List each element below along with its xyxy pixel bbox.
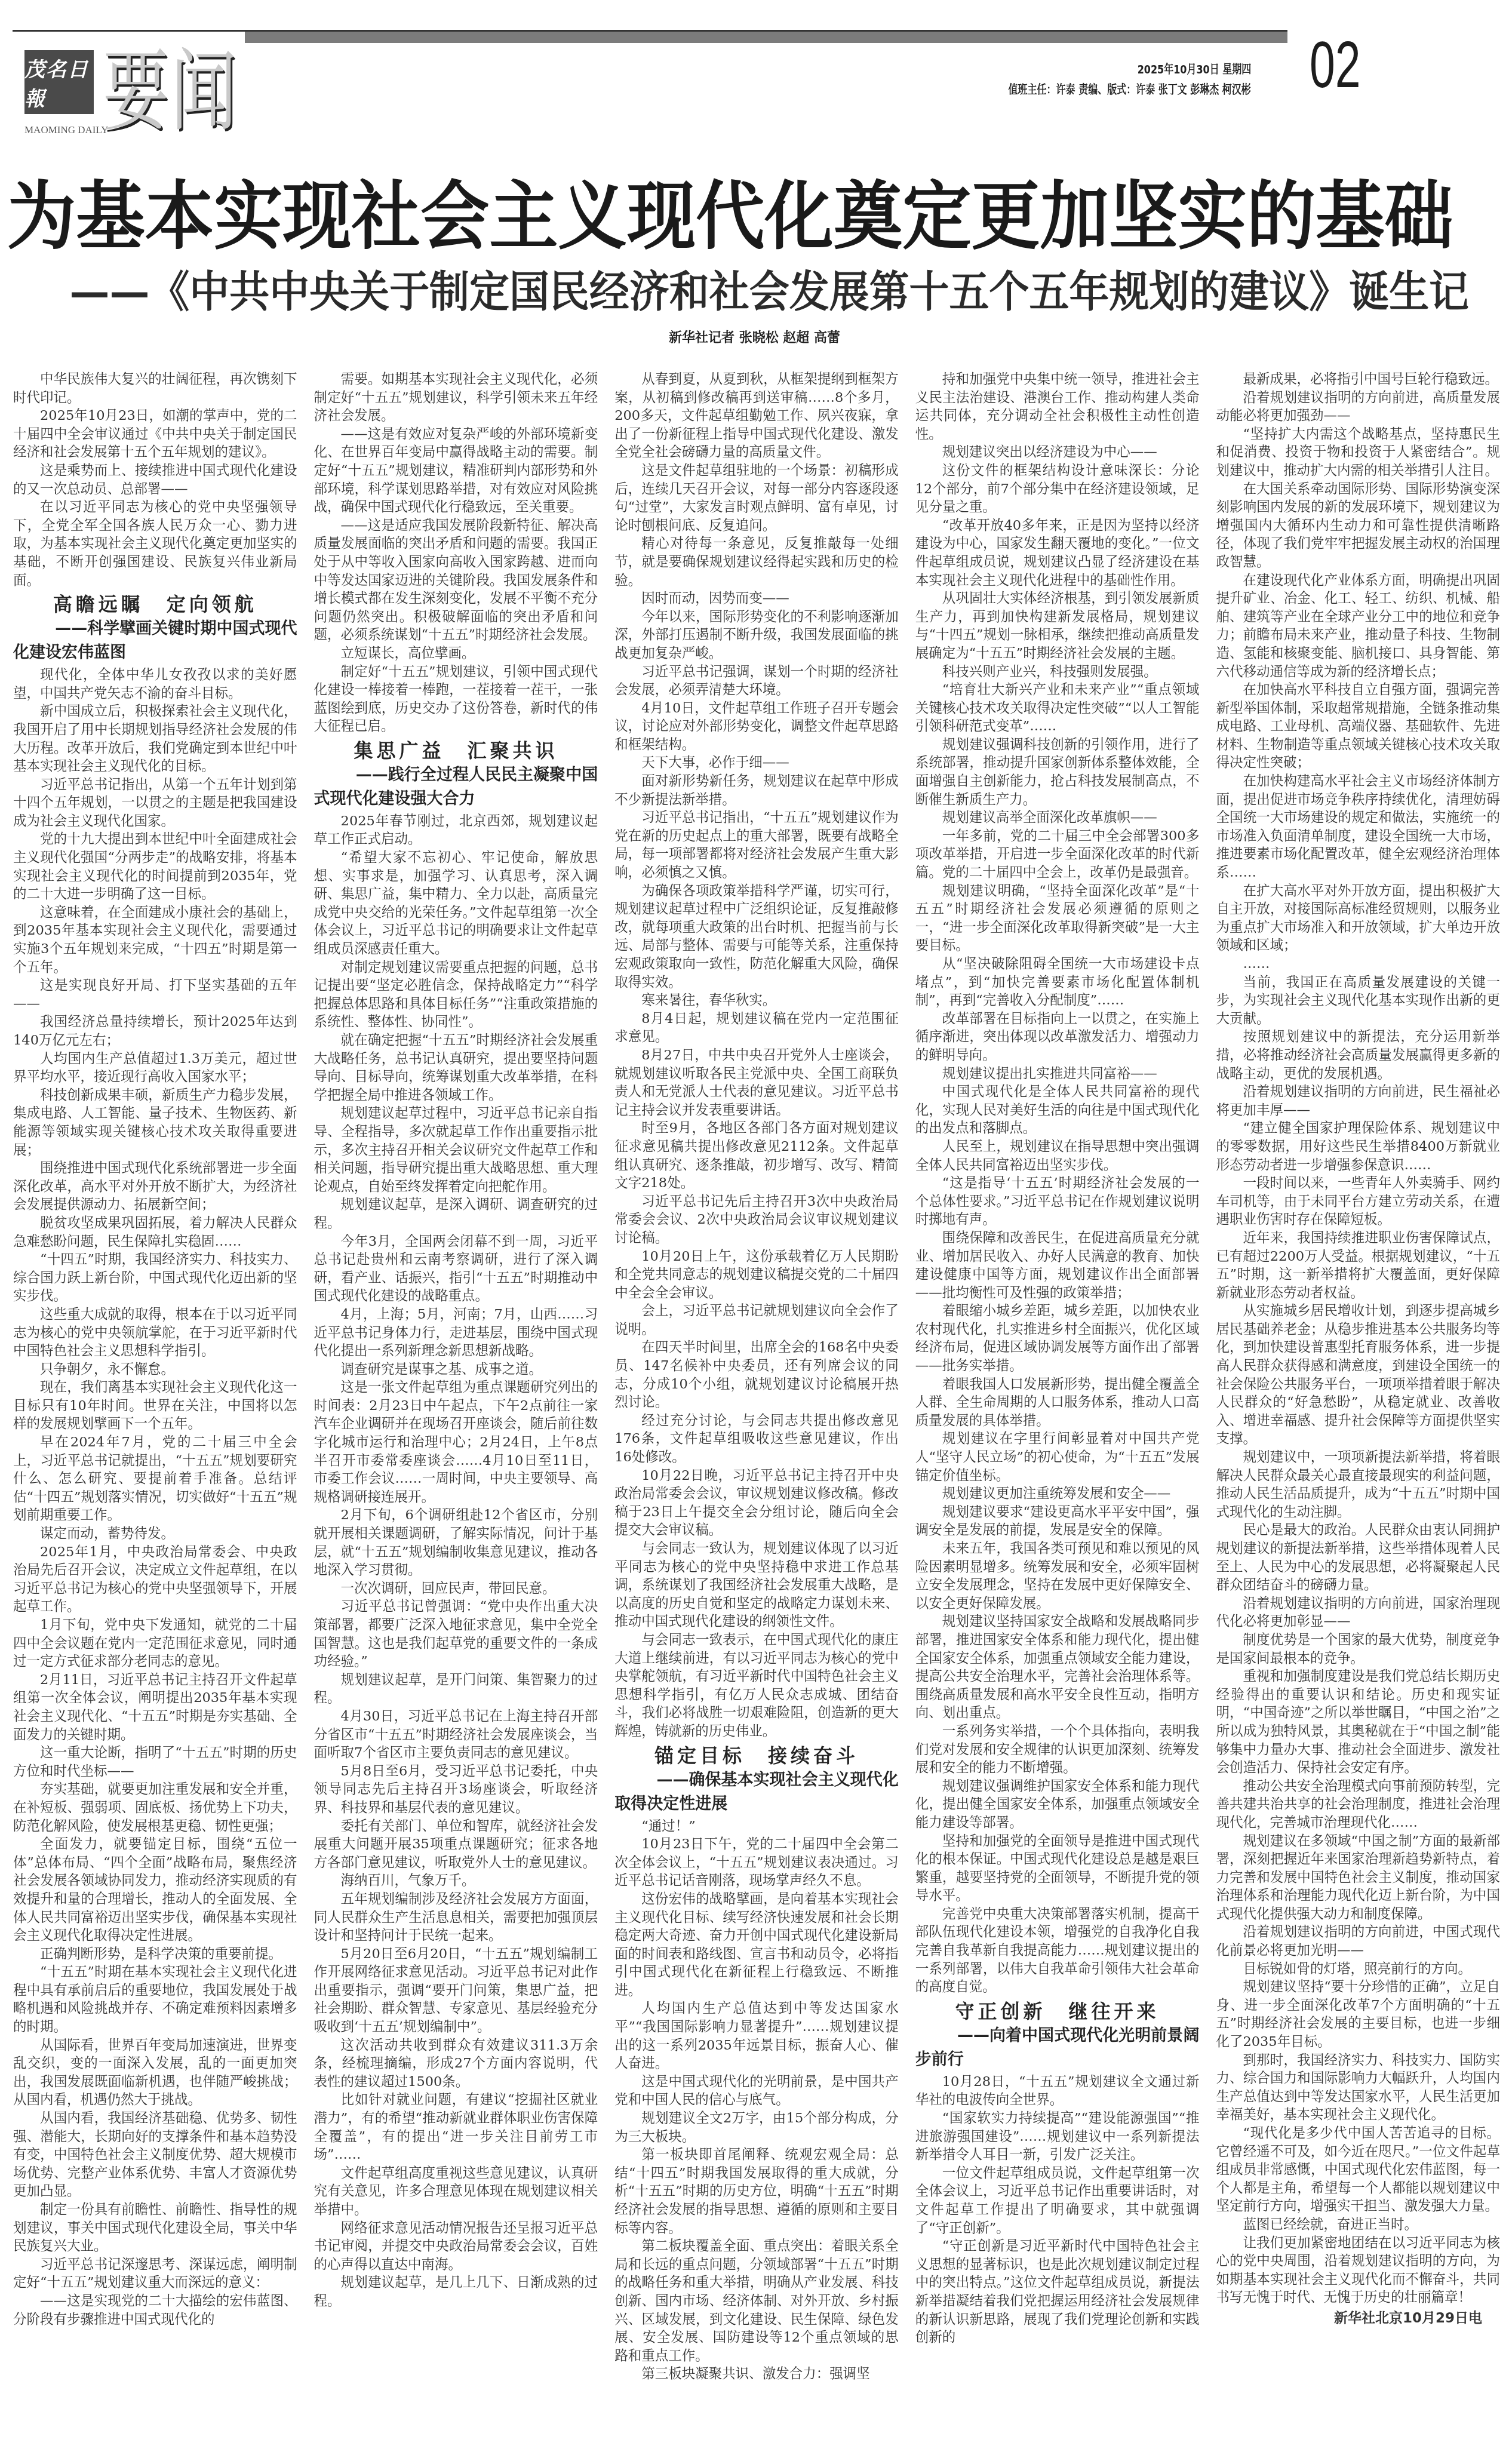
- paragraph: 科技创新成果丰硕，新质生产力稳步发展，集成电路、人工智能、量子技术、生物医药、新…: [13, 1086, 297, 1159]
- paragraph: 4月，上海；5月，河南；7月，山西……习近平总书记身体力行，走进基层，围绕中国式…: [314, 1305, 598, 1360]
- paragraph: 规划建议中，一项项新提法新举措，将着眼解决人民群众最关心最直接最现实的利益问题，…: [1216, 1448, 1500, 1521]
- paragraph: 一段时间以来，一些青年人外卖骑手、网约车司机等，由于未同平台方建立劳动关系，在遭…: [1216, 1174, 1500, 1229]
- paragraph: 党的十九大提出到本世纪中叶全面建成社会主义现代化强国“分两步走”的战略安排，将基…: [13, 830, 297, 903]
- paragraph: 与会同志一致表示，在中国式现代化的康庄大道上继续前进，有以习近平同志为核心的党中…: [614, 1631, 899, 1741]
- paragraph: 规划建议提出扎实推进共同富裕——: [915, 1065, 1200, 1083]
- paragraph: 按照规划建议中的新提法，充分运用新举措，必将推动经济社会高质量发展赢得更多新的战…: [1216, 1028, 1500, 1083]
- issue-date: 2025年10月30日 星期四: [1137, 60, 1251, 77]
- paragraph: 民心是最大的政治。人民群众由衷认同拥护规划建议的新提法新举措，这些举措体现着人民…: [1216, 1521, 1500, 1594]
- paragraph: ……: [1216, 955, 1500, 973]
- paragraph: 10月20日上午，这份承载着亿万人民期盼和全党共同意志的规划建议稿提交党的二十届…: [614, 1248, 899, 1302]
- paragraph: 从实施城乡居民增收计划，到逐步提高城乡居民基础养老金；从稳步推进基本公共服务均等…: [1216, 1302, 1500, 1448]
- paragraph: 第一板块即首尾阐释、统观宏观全局：总结“十四五”时期我国发展取得的重大成就，分析…: [614, 2146, 899, 2237]
- paragraph: 人民至上，规划建议在指导思想中突出强调全体人民共同富裕迈出坚实步伐。: [915, 1138, 1200, 1174]
- paragraph: 围绕保障和改善民生，在促进高质量充分就业、增加居民收入、办好人民满意的教育、加快…: [915, 1229, 1200, 1302]
- paragraph: 五年规划编制涉及经济社会发展方方面面，同人民群众生产生活息息相关，需要把加强顶层…: [314, 1890, 598, 1945]
- paragraph: 寒来暑往，春华秋实。: [614, 991, 899, 1010]
- logo-en-text: MAOMING DAILY: [24, 124, 94, 136]
- paragraph: 8月27日，中共中央召开党外人士座谈会，就规划建议听取各民主党派中央、全国工商联…: [614, 1046, 899, 1119]
- paragraph: 为确保各项政策举措科学严谨，切实可行，规划建议起草过程中广泛组织论证，反复推敲修…: [614, 882, 899, 992]
- section-subheading-tagline: ——科学擘画关键时期中国式现代化建设宏伟蓝图: [13, 617, 297, 665]
- article-dateline: 新华社北京10月29日电: [1216, 2309, 1500, 2328]
- paragraph: 脱贫攻坚成果巩固拓展，着力解决人民群众急难愁盼问题，民生保障扎实稳固……: [13, 1214, 297, 1251]
- section-subheading: 高瞻远瞩 定向领航: [13, 592, 297, 617]
- paragraph: 第三板块凝聚共识、激发合力：强调坚: [614, 2365, 899, 2383]
- paragraph: 第二板块覆盖全面、重点突出：着眼关系全局和长远的重点问题，分领域部署“十五五”时…: [614, 2237, 899, 2365]
- paragraph: 海纳百川，气象万千。: [314, 1872, 598, 1890]
- paragraph: 从“坚决破除阻碍全国统一大市场建设卡点堵点”，到“加快完善要素市场化配置体制机制…: [915, 955, 1200, 1010]
- paragraph: 对制定规划建议需要重点把握的问题，总书记提出要“坚定必胜信念，保持战略定力”“科…: [314, 958, 598, 1031]
- paragraph: 一位文件起草组成员说，文件起草组第一次全体会议上，习近平总书记作出重要讲话时，对…: [915, 2164, 1200, 2237]
- paragraph: 精心对待每一条意见，反复推敲每一处细节，就是要确保规划建议经得起实践和历史的检验…: [614, 534, 899, 589]
- paragraph: 蓝图已经绘就，奋进正当时。: [1216, 2216, 1500, 2234]
- paragraph: 习近平总书记曾强调：“党中央作出重大决策部署，都要广泛深入地征求意见，集中全党全…: [314, 1597, 598, 1670]
- section-subheading: 集思广益 汇聚共识: [314, 738, 598, 763]
- paragraph: 习近平总书记指出，“十五五”规划建议作为党在新的历史起点上的重大部署，既要有战略…: [614, 809, 899, 881]
- paragraph: 就在确定把握“十五五”时期经济社会发展重大战略任务，总书记认真研究，提出要坚持问…: [314, 1031, 598, 1104]
- paragraph: 一年多前，党的二十届三中全会部署300多项改革举措，开启进一步全面深化改革的时代…: [915, 827, 1200, 882]
- paragraph: 只争朝夕，永不懈怠。: [13, 1360, 297, 1379]
- article-column-5: 最新成果，必将指引中国号巨轮行稳致远。沿着规划建议指明的方向前进，高质量发展动能…: [1216, 370, 1500, 2443]
- paragraph: 规划建议在字里行间彰显着对中国共产党人“坚守人民立场”的初心使命，为“十五五”发…: [915, 1430, 1200, 1485]
- paragraph: 沿着规划建议指明的方向前进，国家治理现代化必将更加彰显——: [1216, 1594, 1500, 1631]
- newspaper-logo: 茂名日報: [24, 50, 94, 114]
- paragraph: 今年以来，国际形势变化的不利影响逐渐加深，外部打压遏制不断升级，我国发展面临的挑…: [614, 608, 899, 663]
- page-number: 02: [1310, 32, 1361, 98]
- paragraph: 委托有关部门、单位和智库，就经济社会发展重大问题开展35项重点课题研究；征求各地…: [314, 1817, 598, 1872]
- paragraph: 现在，我们离基本实现社会主义现代化这一目标只有10年时间。世界在关注，中国将以怎…: [13, 1378, 297, 1433]
- paragraph: 最新成果，必将指引中国号巨轮行稳致远。: [1216, 370, 1500, 389]
- paragraph: 10月22日晚，习近平总书记主持召开中央政治局常委会会议，审议规划建议修改稿。修…: [614, 1467, 899, 1540]
- paragraph: 这意味着，在全面建成小康社会的基础上，到2035年基本实现社会主义现代化，需要通…: [13, 904, 297, 976]
- article-column-3: 从春到夏，从夏到秋，从框架提纲到框架方案，从初稿到修改稿再到送审稿……8个多月，…: [614, 370, 899, 2443]
- paragraph: 制度优势是一个国家的最大优势，制度竞争是国家间最根本的竞争。: [1216, 1631, 1500, 1667]
- paragraph: “这是指导‘十五五’时期经济社会发展的一个总体性要求。”习近平总书记在作规划建议…: [915, 1174, 1200, 1229]
- paragraph: 2025年1月，中央政治局常委会、中央政治局先后召开会议，决定成立文件起草组，在…: [13, 1543, 297, 1616]
- paragraph: 着眼缩小城乡差距，城乡差距，以加快农业农村现代化，扎实推进乡村全面振兴，优化区域…: [915, 1302, 1200, 1375]
- paragraph: 这是中国式现代化的光明前景，是中国共产党和中国人民的信心与底气。: [614, 2073, 899, 2109]
- paragraph: 未来五年，我国各类可预见和难以预见的风险因素明显增多。统筹发展和安全，必须牢固树…: [915, 1540, 1200, 1612]
- paragraph: 正确判断形势，是科学决策的重要前提。: [13, 1945, 297, 1964]
- paragraph: 文件起草组高度重视这些意见建议，认真研究有关意见，许多合理意见体现在规划建议相关…: [314, 2164, 598, 2219]
- paragraph: 从巩固壮大实体经济根基，到引领发展新质生产力，再到加快构建新发展格局，规划建议与…: [915, 589, 1200, 662]
- paragraph: 这是乘势而上、接续推进中国式现代化建设的又一次总动员、总部署——: [13, 462, 297, 498]
- article-column-1: 中华民族伟大复兴的壮阔征程，再次镌刻下时代印记。2025年10月23日，如潮的掌…: [13, 370, 297, 2443]
- paragraph: 规划建议坚持“要十分珍惜的正确”，立足自身、进一步全面深化改革7个方面明确的“十…: [1216, 1978, 1500, 2051]
- paragraph: 现代化，全体中华儿女孜孜以求的美好愿望，中国共产党矢志不渝的奋斗目标。: [13, 666, 297, 702]
- section-title: 要闻: [103, 41, 239, 142]
- paragraph: 规划建议更加注重统筹发展和安全——: [915, 1485, 1200, 1503]
- paragraph: “改革开放40多年来，正是因为坚持以经济建设为中心，国家发生翻天覆地的变化。”一…: [915, 517, 1200, 589]
- paragraph: 目标锐如骨的灯塔，照亮前行的方向。: [1216, 1960, 1500, 1978]
- paragraph: 这份宏伟的战略擘画，是向着基本实现社会主义现代化目标、续写经济快速发展和社会长期…: [614, 1890, 899, 2000]
- paragraph: 在加快高水平科技自立自强方面，强调完善新型举国体制，采取超常规措施，全链条推动集…: [1216, 681, 1500, 772]
- paragraph: 科技兴则产业兴，科技强则发展强。: [915, 663, 1200, 681]
- paragraph: 规划建议高举全面深化改革旗帜——: [915, 809, 1200, 827]
- paragraph: “建立健全国家护理保险体系、规划建议中的零零数据，用好这些民生举措8400万新就…: [1216, 1119, 1500, 1174]
- paragraph: 规划建议起草，是开门问策、集智聚力的过程。: [314, 1671, 598, 1707]
- main-headline: 为基本实现社会主义现代化奠定更加坚实的基础: [7, 172, 1401, 262]
- paragraph: 5月8日至6月，受习近平总书记委托，中央领导同志先后主持召开3场座谈会，听取经济…: [314, 1762, 598, 1817]
- paragraph: 这次活动共收到群众有效建议311.3万余条，经梳理摘编，形成27个方面内容说明，…: [314, 2036, 598, 2091]
- section-subheading-tagline: ——践行全过程人民民主凝聚中国式现代化建设强大合力: [314, 763, 598, 811]
- paragraph: 推动公共安全治理模式向事前预防转型，完善共建共治共享的社会治理制度，推进社会治理…: [1216, 1777, 1500, 1832]
- paragraph: 习近平总书记强调，谋划一个时期的经济社会发展，必须弄清楚大环境。: [614, 663, 899, 699]
- paragraph: 这份文件的框架结构设计意味深长：分论12个部分，前7个部分集中在经济建设领域，足…: [915, 462, 1200, 517]
- paragraph: “十五五”时期在基本实现社会主义现代化进程中具有承前启后的重要地位，我国发展处于…: [13, 1963, 297, 2036]
- paragraph: 规划建议强调科技创新的引领作用，进行了系统部署，推动提升国家创新体系整体效能，全…: [915, 736, 1200, 809]
- paragraph: 沿着规划建议指明的方向前进，中国式现代化前景必将更加光明——: [1216, 1923, 1500, 1959]
- paragraph: ——这是适应我国发展阶段新特征、解决高质量发展面临的突出矛盾和问题的需要。我国正…: [314, 517, 598, 644]
- paragraph: 5月20日至6月20日，“十五五”规划编制工作开展网络征求意见活动。习近平总书记…: [314, 1945, 598, 2036]
- paragraph: 一系列务实举措，一个个具体指向，表明我们党对发展和安全规律的认识更加深刻、统筹发…: [915, 1722, 1200, 1777]
- paragraph: 天下大事，必作于细——: [614, 754, 899, 772]
- paragraph: 规划建议起草过程中，习近平总书记亲自指导、全程指导，多次就起草工作作出重要指示批…: [314, 1104, 598, 1196]
- section-subheading: 守正创新 继往开来: [915, 1999, 1200, 2024]
- paragraph: “守正创新是习近平新时代中国特色社会主义思想的显著标识，也是此次规划建议制定过程…: [915, 2237, 1200, 2347]
- paragraph: 因时而动，因势而变——: [614, 589, 899, 608]
- paragraph: 习近平总书记指出，从第一个五年计划到第十四个五年规划，一以贯之的主题是把我国建设…: [13, 776, 297, 831]
- paragraph: 规划建议在多领域“中国之制”方面的最新部署，深刻把握近年来国家治理新趋势新特点，…: [1216, 1832, 1500, 1924]
- paragraph: 持和加强党中央集中统一领导，推进社会主义民主法治建设、港澳台工作、推动构建人类命…: [915, 370, 1200, 443]
- paragraph: ——这是实现党的二十大描绘的宏伟蓝图、分阶段有步骤推进中国式现代化的: [13, 2292, 297, 2328]
- paragraph: 规划建议起草，是深入调研、调查研究的过程。: [314, 1196, 598, 1232]
- paragraph: 人均国内生产总值超过1.3万美元，超过世界平均水平，接近现行高收入国家水平；: [13, 1050, 297, 1086]
- paragraph: 2025年10月23日，如潮的掌声中，党的二十届四中全会审议通过《中共中央关于制…: [13, 407, 297, 462]
- paragraph: 调查研究是谋事之基、成事之道。: [314, 1360, 598, 1379]
- paragraph: “国家软实力持续提高”“建设能源强国”“推进旅游强国建设”……规划建议中一系列新…: [915, 2109, 1200, 2164]
- paragraph: 今年3月，全国两会闭幕不到一周，习近平总书记赴贵州和云南考察调研，进行了深入调研…: [314, 1233, 598, 1305]
- paragraph: 在扩大高水平对外开放方面，提出积极扩大自主开放，对接国际高标准经贸规则，以服务业…: [1216, 882, 1500, 955]
- paragraph: 在加快构建高水平社会主义市场经济体制方面，提出促进市场竞争秩序持续优化，清理妨碍…: [1216, 772, 1500, 882]
- paragraph: “现代化是多少代中国人苦苦追寻的目标。它曾经遥不可及，如今近在咫尺。”一位文件起…: [1216, 2124, 1500, 2216]
- paragraph: 网络征求意见活动情况报告还呈报习近平总书记审阅，并提交中央政治局常委会会议，百姓…: [314, 2219, 598, 2274]
- paragraph: “通过！”: [614, 1817, 899, 1836]
- paragraph: 这是一张文件起草组为重点课题研究列出的时间表：2月23日中午起点，下午2点前往一…: [314, 1378, 598, 1506]
- paragraph: 经过充分讨论，与会同志共提出修改意见176条，文件起草组吸收这些意见建议，作出1…: [614, 1412, 899, 1467]
- paragraph: 制定一份具有前瞻性、前瞻性、指导性的规划建议，事关中国式现代化建设全局，事关中华…: [13, 2201, 297, 2256]
- section-subheading-tagline: ——向着中国式现代化光明前景阔步前行: [915, 2024, 1200, 2072]
- paragraph: 这是实现良好开局、打下坚实基础的五年——: [13, 976, 297, 1013]
- paragraph: 规划建议全文2万字，由15个部分构成，分为三大板块。: [614, 2109, 899, 2146]
- paragraph: 这一重大论断，指明了“十五五”时期的历史方位和时代坐标——: [13, 1744, 297, 1780]
- paragraph: 4月30日，习近平总书记在上海主持召开部分省区市“十五五”时期经济社会发展座谈会…: [314, 1707, 598, 1762]
- paragraph: 重视和加强制度建设是我们党总结长期历史经验得出的重要认识和结论。历史和现实证明，…: [1216, 1667, 1500, 1777]
- paragraph: 规划建议明确，“坚持全面深化改革”是“十五五”时期经济社会发展必须遵循的原则之一…: [915, 882, 1200, 955]
- paragraph: 沿着规划建议指明的方向前进，高质量发展动能必将更加强劲——: [1216, 389, 1500, 425]
- article-column-4: 持和加强党中央集中统一领导，推进社会主义民主法治建设、港澳台工作、推动构建人类命…: [915, 370, 1200, 2443]
- paragraph: 面对新形势新任务，规划建议在起草中形成不少新提法新举措。: [614, 772, 899, 809]
- section-subheading-tagline: ——确保基本实现社会主义现代化取得决定性进展: [614, 1768, 899, 1816]
- paragraph: 与会同志一致认为，规划建议体现了以习近平同志为核心的党中央坚持稳中求进工作总基调…: [614, 1540, 899, 1631]
- paragraph: 在建设现代化产业体系方面，明确提出巩固提升矿业、冶金、化工、轻工、纺织、机械、船…: [1216, 572, 1500, 681]
- paragraph: 1月下旬，党中央下发通知，就党的二十届四中全会议题在党内一定范围征求意见，同时通…: [13, 1616, 297, 1671]
- paragraph: ——这是有效应对复杂严峻的外部环境新变化、在世界百年变局中赢得战略主动的需要。制…: [314, 425, 598, 517]
- paragraph: 从春到夏，从夏到秋，从框架提纲到框架方案，从初稿到修改稿再到送审稿……8个多月，…: [614, 370, 899, 462]
- paragraph: 着眼我国人口发展新形势，提出健全覆盖全人群、全生命周期的人口服务体系，推动人口高…: [915, 1375, 1200, 1430]
- paragraph: 习近平总书记先后主持召开3次中央政治局常委会会议、2次中央政治局会议审议规划建议…: [614, 1193, 899, 1248]
- paragraph: 一次次调研，回应民声，带回民意。: [314, 1580, 598, 1598]
- paragraph: 时至9月，各地区各部门各方面对规划建议征求意见稿共提出修改意见2112条。文件起…: [614, 1119, 899, 1192]
- paragraph: 完善党中央重大决策部署落实机制，提高干部队伍现代化建设本领，增强党的自我净化自我…: [915, 1905, 1200, 1996]
- paragraph: “坚持扩大内需这个战略基点，坚持惠民生和促消费、投资于物和投资于人紧密结合”。规…: [1216, 425, 1500, 480]
- paragraph: 需要。如期基本实现社会主义现代化，必须制定好“十五五”规划建议，科学引领未来五年…: [314, 370, 598, 425]
- logo-cn-text: 茂名日報: [24, 53, 94, 112]
- paragraph: “培育壮大新兴产业和未来产业”“重点领域关键核心技术攻关取得决定性突破”“以人工…: [915, 681, 1200, 736]
- paragraph: 2月11日，习近平总书记主持召开文件起草组第一次全体会议，阐明提出2035年基本…: [13, 1671, 297, 1744]
- paragraph: 早在2024年7月，党的二十届三中全会上，习近平总书记就提出，“十五五”规划要研…: [13, 1433, 297, 1525]
- paragraph: 改革部署在目标指向上一以贯之，在实施上循序渐进，突出体现以改革激发活力、增强动力…: [915, 1010, 1200, 1065]
- paragraph: 10月23日下午，党的二十届四中全会第二次全体会议上，“十五五”规划建议表决通过…: [614, 1835, 899, 1890]
- byline: 新华社记者 张晓松 赵超 高蕾: [0, 327, 1509, 346]
- paragraph: 立短谋长，高位擘画。: [314, 644, 598, 663]
- paragraph: 规划建议起草，是几上几下、日渐成熟的过程。: [314, 2273, 598, 2310]
- paragraph: 人均国内生产总值达到中等发达国家水平”“我国国际影响力显著提升”……规划建议提出…: [614, 1999, 899, 2072]
- paragraph: 规划建议强调维护国家安全体系和能力现代化，提出健全国家安全体系，加强重点领域安全…: [915, 1777, 1200, 1832]
- paragraph: 8月4日起，规划建议稿在党内一定范围征求意见。: [614, 1010, 899, 1046]
- paragraph: 夯实基础，就要更加注重发展和安全并重，在补短板、强弱项、固底板、扬优势上下功夫，…: [13, 1780, 297, 1835]
- paragraph: 当前，我国正在高质量发展建设的关键一步，为实现社会主义现代化基本实现作出新的更大…: [1216, 973, 1500, 1028]
- paragraph: “十四五”时期，我国经济实力、科技实力、综合国力跃上新台阶，中国式现代化迈出新的…: [13, 1251, 297, 1305]
- paragraph: 谋定而动，蓄势待发。: [13, 1525, 297, 1543]
- paragraph: 这些重大成就的取得，根本在于以习近平同志为核心的党中央领航掌舵，在于习近平新时代…: [13, 1305, 297, 1360]
- paragraph: 我国经济总量持续增长，预计2025年达到140万亿元左右；: [13, 1013, 297, 1049]
- paragraph: 围绕推进中国式现代化系统部署进一步全面深化改革，高水平对外开放不断扩大，为经济社…: [13, 1159, 297, 1214]
- editors-credit: 值班主任：许泰 责编、版式：许泰 张丁文 彭琳杰 柯汉彬: [1009, 80, 1251, 97]
- paragraph: 中华民族伟大复兴的壮阔征程，再次镌刻下时代印记。: [13, 370, 297, 407]
- paragraph: 规划建议要求“建设更高水平平安中国”，强调安全是发展的前提，发展是安全的保障。: [915, 1503, 1200, 1540]
- paragraph: 制定好“十五五”规划建议，引领中国式现代化建设一棒接着一棒跑，一茬接着一茬干，一…: [314, 663, 598, 736]
- paragraph: 2月下旬，6个调研组赴12个省区市，分别就开展相关课题调研，了解实际情况，问计于…: [314, 1506, 598, 1579]
- paragraph: 习近平总书记深邃思考、深谋远虑，阐明制定好“十五五”规划建议重大而深远的意义：: [13, 2256, 297, 2292]
- paragraph: 10月28日，“十五五”规划建议全文通过新华社的电波传向全世界。: [915, 2073, 1200, 2109]
- paragraph: 从国际看，世界百年变局加速演进，世界变乱交织，变的一面深入发展，乱的一面更加突出…: [13, 2036, 297, 2109]
- paragraph: “希望大家不忘初心、牢记使命，解放思想、实事求是，加强学习、认真思考，深入调研、…: [314, 849, 598, 958]
- paragraph: 这是文件起草组驻地的一个场景：初稿形成后，连续几天召开会议，对每一部分内容逐段逐…: [614, 462, 899, 534]
- paragraph: 在大国关系牵动国际形势、国际形势演变深刻影响国内发展的新的发展环境下，规划建议为…: [1216, 480, 1500, 572]
- paragraph: 比如针对就业问题，有建议“挖掘社区就业潜力”，有的希望“推动新就业群体职业伤害保…: [314, 2091, 598, 2164]
- paragraph: 中国式现代化是全体人民共同富裕的现代化，实现人民对美好生活的向往是中国式现代化的…: [915, 1083, 1200, 1138]
- paragraph: 到那时，我国经济实力、科技实力、国防实力、综合国力和国际影响力大幅跃升，人均国内…: [1216, 2051, 1500, 2124]
- paragraph: 在四天半时间里，出席全会的168名中央委员、147名候补中央委员，还有列席会议的…: [614, 1338, 899, 1411]
- paragraph: 让我们更加紧密地团结在以习近平同志为核心的党中央周围，沿着规划建议指明的方向，为…: [1216, 2234, 1500, 2307]
- paragraph: 4月10日，文件起草组工作班子召开专题会议，讨论应对外部形势变化，调整文件起草思…: [614, 699, 899, 754]
- paragraph: 会上，习近平总书记就规划建议向全会作了说明。: [614, 1302, 899, 1338]
- paragraph: 新中国成立后，积极探索社会主义现代化，我国开启了用中长期规划指导经济社会发展的伟…: [13, 702, 297, 775]
- article-column-2: 需要。如期基本实现社会主义现代化，必须制定好“十五五”规划建议，科学引领未来五年…: [314, 370, 598, 2443]
- paragraph: 全面发力，就要锚定目标，围绕“五位一体”总体布局、“四个全面”战略布局，聚焦经济…: [13, 1835, 297, 1945]
- masthead-gray-bar: [245, 32, 1287, 43]
- paragraph: 在以习近平同志为核心的党中央坚强领导下，全党全军全国各族人民万众一心、勠力进取，…: [13, 498, 297, 589]
- paragraph: 规划建议突出以经济建设为中心——: [915, 443, 1200, 462]
- paragraph: 坚持和加强党的全面领导是推进中国式现代化的根本保证。中国式现代化建设总是越是艰巨…: [915, 1832, 1200, 1905]
- article-body: 中华民族伟大复兴的壮阔征程，再次镌刻下时代印记。2025年10月23日，如潮的掌…: [13, 370, 1500, 2443]
- section-subheading: 锚定目标 接续奋斗: [614, 1743, 899, 1768]
- paragraph: 近年来，我国持续推进职业伤害保障试点，已有超过2200万人受益。根据规划建议，“…: [1216, 1229, 1500, 1302]
- paragraph: 从国内看，我国经济基础稳、优势多、韧性强、潜能大，长期向好的支撑条件和基本趋势没…: [13, 2109, 297, 2201]
- paragraph: 沿着规划建议指明的方向前进，民生福祉必将更加丰厚——: [1216, 1083, 1500, 1119]
- sub-headline: ——《中共中央关于制定国民经济和社会发展第十五个五年规划的建议》诞生记: [69, 263, 1441, 320]
- paragraph: 规划建议坚持国家安全战略和发展战略同步部署，推进国家安全体系和能力现代化，提出健…: [915, 1612, 1200, 1722]
- paragraph: 2025年春节刚过，北京西郊，规划建议起草工作正式启动。: [314, 812, 598, 849]
